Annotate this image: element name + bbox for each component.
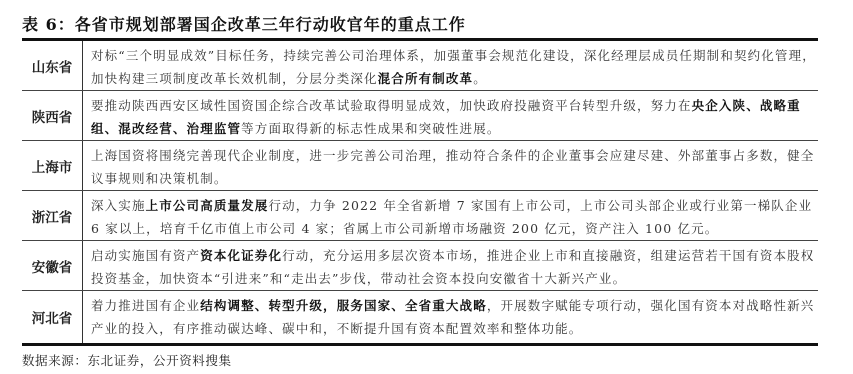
text-segment: 启动实施国有资产 xyxy=(91,248,200,263)
province-label: 河北省 xyxy=(22,291,83,343)
task-description: 着力推进国有企业结构调整、转型升级，服务国家、全省重大战略，开展数字赋能专项行动… xyxy=(83,291,818,343)
highlight-text: 结构调整、转型升级，服务国家、全省重大战略 xyxy=(200,298,487,313)
province-label: 陕西省 xyxy=(22,91,83,140)
text-segment: 深入实施 xyxy=(91,198,146,213)
province-label: 上海市 xyxy=(22,141,83,190)
table-title: 表 6：各省市规划部署国企改革三年行动收官年的重点工作 xyxy=(22,12,466,35)
table-row-shandong: 山东省 对标“三个明显成效”目标任务，持续完善公司治理体系，加强董事会规范化建设… xyxy=(22,41,818,91)
text-segment: 上海国资将围绕完善现代企业制度，进一步完善公司治理，推动符合条件的企业董事会应建… xyxy=(91,148,814,186)
table-row-zhejiang: 浙江省 深入实施上市公司高质量发展行动，力争 2022 年全省新增 7 家国有上… xyxy=(22,191,818,241)
province-label: 浙江省 xyxy=(22,191,83,240)
text-segment: 等方面取得新的标志性成果和突破性进展。 xyxy=(241,121,500,136)
text-segment: 要推动陕西西安区域性国资国企综合改革试验取得明显成效，加快政府投融资平台转型升级… xyxy=(91,98,692,113)
task-description: 启动实施国有资产资本化证券化行动，充分运用多层次资本市场，推进企业上市和直接融资… xyxy=(83,241,818,290)
highlight-text: 资本化证券化 xyxy=(200,248,282,263)
province-label: 安徽省 xyxy=(22,241,83,290)
text-segment: 着力推进国有企业 xyxy=(91,298,200,313)
table-row-shanghai: 上海市 上海国资将围绕完善现代企业制度，进一步完善公司治理，推动符合条件的企业董… xyxy=(22,141,818,191)
table-row-hebei: 河北省 着力推进国有企业结构调整、转型升级，服务国家、全省重大战略，开展数字赋能… xyxy=(22,291,818,343)
highlight-text: 混合所有制改革 xyxy=(378,71,474,86)
task-description: 深入实施上市公司高质量发展行动，力争 2022 年全省新增 7 家国有上市公司，… xyxy=(83,191,818,240)
task-description: 要推动陕西西安区域性国资国企综合改革试验取得明显成效，加快政府投融资平台转型升级… xyxy=(83,91,818,140)
task-description: 上海国资将围绕完善现代企业制度，进一步完善公司治理，推动符合条件的企业董事会应建… xyxy=(83,141,818,190)
data-source-note: 数据来源：东北证券，公开资料搜集 xyxy=(22,351,232,369)
table-row-anhui: 安徽省 启动实施国有资产资本化证券化行动，充分运用多层次资本市场，推进企业上市和… xyxy=(22,241,818,291)
text-segment: 。 xyxy=(473,71,487,86)
task-description: 对标“三个明显成效”目标任务，持续完善公司治理体系，加强董事会规范化建设，深化经… xyxy=(83,41,818,90)
key-tasks-table: 山东省 对标“三个明显成效”目标任务，持续完善公司治理体系，加强董事会规范化建设… xyxy=(22,38,818,346)
table-row-shaanxi: 陕西省 要推动陕西西安区域性国资国企综合改革试验取得明显成效，加快政府投融资平台… xyxy=(22,91,818,141)
highlight-text: 上市公司高质量发展 xyxy=(146,198,269,213)
province-label: 山东省 xyxy=(22,41,83,90)
